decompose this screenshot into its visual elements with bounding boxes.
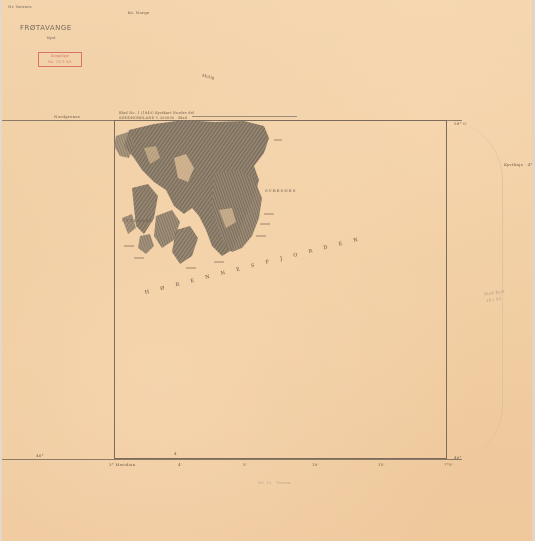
stamp-line-2: No. 7/1.T. 8/1	[39, 59, 81, 65]
region-label-east: SVRESNES	[265, 188, 296, 193]
archive-stamp: Kongelige No. 7/1.T. 8/1	[38, 52, 82, 67]
bottom-tick-5: 7°0'	[444, 462, 453, 467]
right-margin-label: Kystlinje · 4°	[504, 162, 533, 167]
top-left-label: Nr. Vaernes	[8, 4, 32, 9]
region-label-west: UTTERSEN	[122, 218, 154, 223]
inner-tick-label: 4	[174, 451, 177, 456]
bottom-tick-1: 4'	[178, 462, 182, 467]
pencil-note: Mulig	[202, 73, 216, 81]
bottom-tick-3: 10'	[312, 462, 319, 467]
scale-header-1: Blad No. 1 (1840) Kystkart Nordre del	[119, 111, 194, 115]
bottom-right-border-label: 46°	[454, 455, 462, 460]
top-center-note: Kr. Norge	[128, 10, 150, 15]
top-left-border-label: Nordgrense	[54, 114, 80, 119]
top-right-border-label: 58° 0'	[454, 121, 467, 126]
bottom-tick-4: 15'	[378, 462, 385, 467]
map-subtitle: Kyst	[47, 35, 56, 40]
bottom-pencil-note: Nr. 12 · Vesten	[258, 480, 291, 485]
coastal-terrain	[114, 118, 284, 278]
scale-bar	[192, 116, 297, 117]
bottom-start-label: 3° Meridian	[109, 462, 135, 467]
bottom-border-line	[2, 459, 462, 460]
bottom-left-border-label: 46°	[36, 453, 44, 458]
bottom-tick-2: 5'	[243, 462, 247, 467]
map-sheet: Nr. Vaernes FRØTAVANGE Kyst Kongelige No…	[0, 0, 535, 541]
map-title: FRØTAVANGE	[20, 24, 72, 32]
